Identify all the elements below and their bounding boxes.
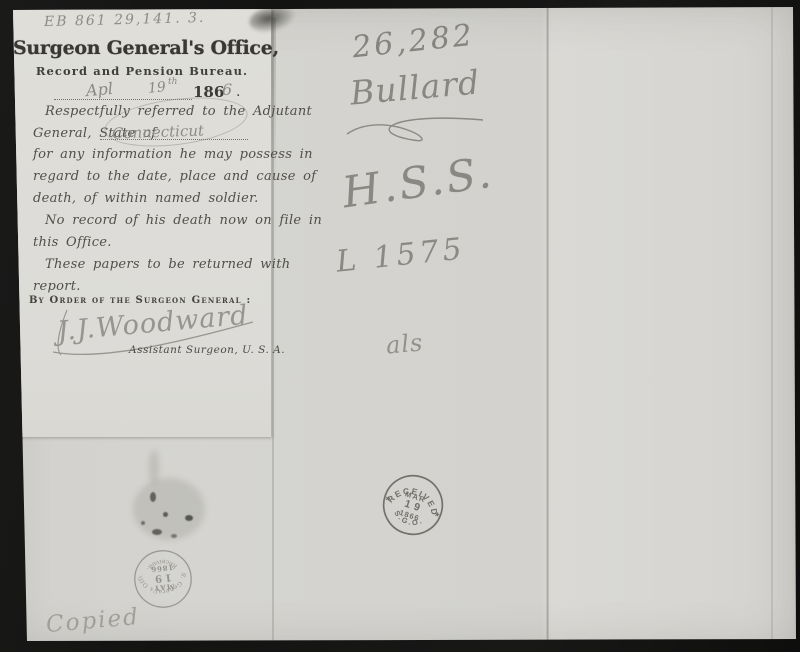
initials-handwritten: H.S.S. — [339, 148, 497, 219]
ink-smear — [133, 478, 205, 540]
ink-speck — [150, 492, 156, 502]
body-line: These papers to be returned with — [45, 257, 290, 272]
fold-crease-main — [546, 7, 549, 640]
office-title: Surgeon General's Office, — [13, 37, 271, 59]
date-day-handwritten: 19 — [147, 79, 166, 97]
body-line: for any information he may possess in — [33, 147, 313, 162]
body-line: regard to the date, place and cause of — [33, 169, 316, 184]
signature-title: Assistant Surgeon, U. S. A. — [129, 344, 285, 356]
received-sgo-stamp: RECEIVED S.G.O. MAR 19 1866 * * — [373, 465, 453, 545]
bureau-line: Record and Pension Bureau. — [13, 64, 271, 78]
ledger-reference-handwritten: L 1575 — [335, 231, 468, 279]
date-period: . — [236, 84, 240, 100]
year-final-digit-handwritten: 6 — [222, 80, 232, 99]
date-month-handwritten: Apl — [85, 79, 113, 100]
ink-speck — [163, 512, 168, 517]
ink-streak — [149, 450, 159, 484]
case-number-handwritten: 26,282 — [351, 18, 477, 66]
ink-speck — [171, 534, 177, 538]
body-line: report. — [33, 279, 81, 294]
folded-document-paper: EB 861 29,141. 3. Surgeon General's Offi… — [0, 0, 800, 652]
body-line: No record of his death now on file in — [45, 213, 322, 228]
body-line: death, of within named soldier. — [33, 191, 259, 206]
ink-speck — [141, 521, 145, 525]
ink-speck — [152, 529, 162, 535]
document-scan: EB 861 29,141. 3. Surgeon General's Offi… — [0, 0, 800, 652]
pen-flourish — [335, 106, 495, 151]
copied-note-handwritten: Copied — [45, 604, 141, 638]
body-line: this Office. — [33, 235, 112, 250]
ink-speck — [185, 515, 193, 521]
fold-crease-right — [771, 7, 773, 639]
clerk-initials-handwritten: als — [385, 328, 425, 359]
date-day-suffix: th — [168, 77, 177, 87]
